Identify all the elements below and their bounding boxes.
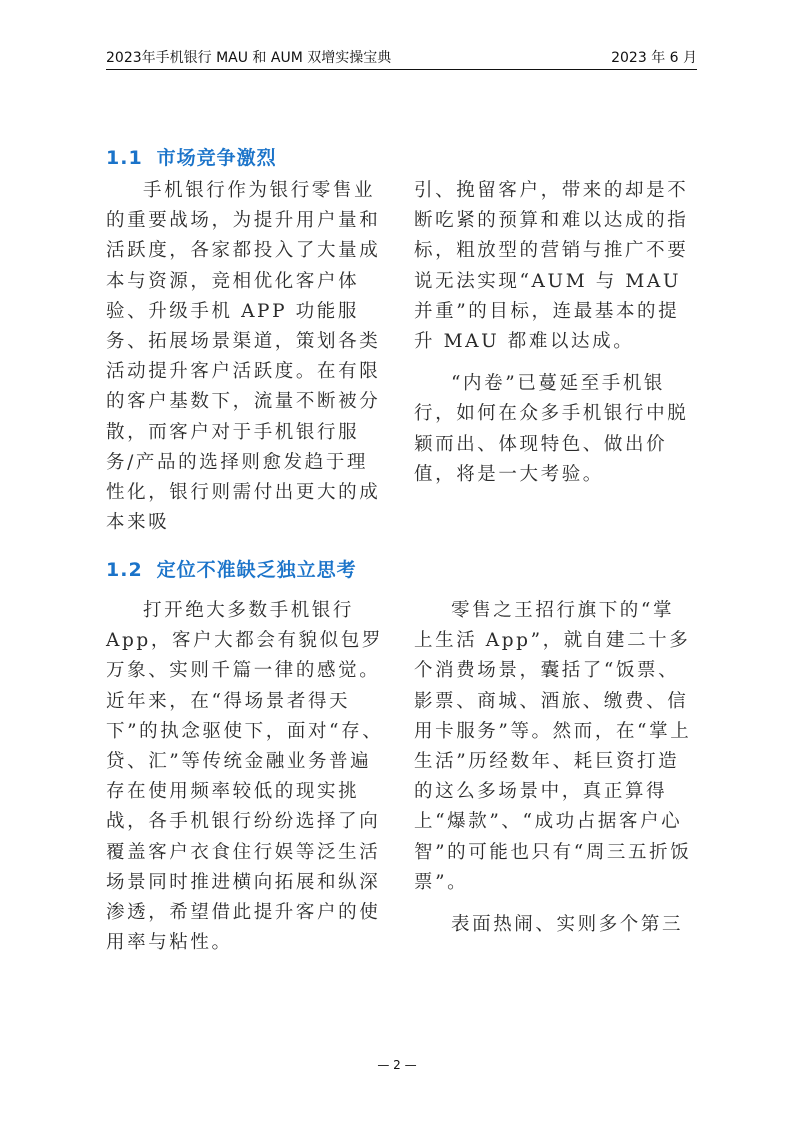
document-date: 2023 年 6 月: [611, 47, 697, 67]
section-heading-1-2: 1.2定位不准缺乏独立思考: [106, 555, 357, 582]
paragraph: “内卷”已蔓延至手机银行，如何在众多手机银行中脱颖而出、体现特色、做出价值，将是…: [414, 369, 694, 490]
page-number: — 2 —: [0, 1058, 794, 1072]
section-heading-1-1: 1.1市场竞争激烈: [106, 143, 277, 170]
paragraph: 打开绝大多数手机银行 App，客户大都会有貌似包罗万象、实则千篇一律的感觉。近年…: [106, 596, 386, 958]
paragraph: 表面热闹、实则多个第三: [414, 910, 694, 940]
paragraph: 零售之王招行旗下的“掌上生活 App”，就自建二十多个消费场景，囊括了“饭票、影…: [414, 596, 694, 898]
document-title: 2023年手机银行 MAU 和 AUM 双增实操宝典: [106, 47, 391, 67]
paragraph: 手机银行作为银行零售业的重要战场，为提升用户量和活跃度，各家都投入了大量成本与资…: [106, 176, 386, 538]
section-title: 定位不准缺乏独立思考: [157, 559, 357, 581]
paragraph: 引、挽留客户，带来的却是不断吃紧的预算和难以达成的指标，粗放型的营销与推广不要说…: [414, 176, 694, 357]
section-1-2-right-column: 零售之王招行旗下的“掌上生活 App”，就自建二十多个消费场景，囊括了“饭票、影…: [414, 596, 694, 940]
section-number: 1.2: [106, 559, 143, 581]
section-1-1-left-column: 手机银行作为银行零售业的重要战场，为提升用户量和活跃度，各家都投入了大量成本与资…: [106, 176, 386, 538]
section-number: 1.1: [106, 147, 143, 169]
page-header: 2023年手机银行 MAU 和 AUM 双增实操宝典 2023 年 6 月: [106, 45, 697, 70]
section-1-1-right-column: 引、挽留客户，带来的却是不断吃紧的预算和难以达成的指标，粗放型的营销与推广不要说…: [414, 176, 694, 490]
section-1-2-left-column: 打开绝大多数手机银行 App，客户大都会有貌似包罗万象、实则千篇一律的感觉。近年…: [106, 596, 386, 958]
section-title: 市场竞争激烈: [157, 147, 277, 169]
